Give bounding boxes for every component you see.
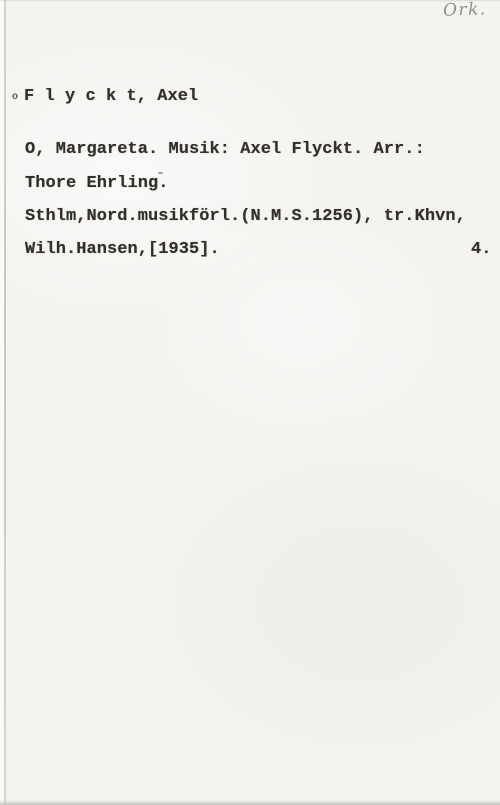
body-line: O, Margareta. Musik: Axel Flyckt. Arr.: <box>25 140 425 159</box>
card-heading: F l y c k t, Axel <box>24 87 198 106</box>
card-left-edge <box>4 0 6 805</box>
body-line: Sthlm,Nord.musikförl.(N.M.S.1256), tr.Kh… <box>25 207 466 226</box>
catalog-card-scan: Ork. o F l y c k t, Axel O, Margareta. M… <box>0 0 500 805</box>
body-line: Wilh.Hansen,[1935]. <box>25 240 220 259</box>
card-top-edge <box>0 0 500 2</box>
stray-ink-mark <box>158 172 163 174</box>
body-line: Thore Ehrling. <box>25 174 169 193</box>
heading-prefix-mark: o <box>12 92 18 103</box>
card-bottom-edge <box>0 800 500 805</box>
page-number: 4. <box>471 240 492 259</box>
handwritten-annotation: Ork. <box>443 0 487 21</box>
